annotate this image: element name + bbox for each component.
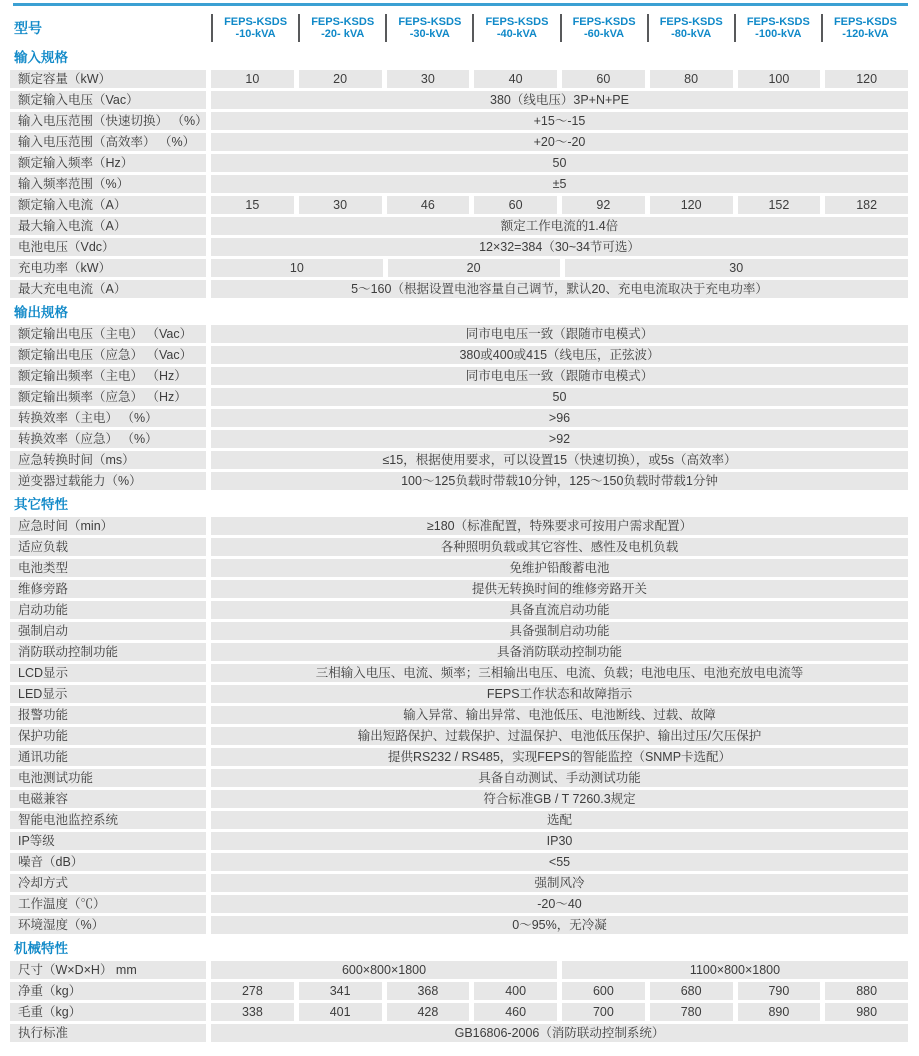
- row-value: 50: [211, 154, 908, 172]
- row-value: 三相输入电压、电流、频率；三相输出电压、电流、负载；电池电压、电池充放电电流等: [211, 664, 908, 682]
- row-value: ≤15，根据使用要求，可以设置15（快速切换），或5s（高效率）: [211, 451, 908, 469]
- spec-row: 输入频率范围（%）±5: [10, 175, 919, 193]
- row-label: 执行标准: [10, 1024, 206, 1042]
- row-label: 电池电压（Vdc）: [10, 238, 206, 256]
- row-values: 符合标准GB / T 7260.3规定: [211, 790, 908, 808]
- row-value-cell: 338: [211, 1003, 294, 1021]
- row-value-cell: 46: [387, 196, 470, 214]
- spec-row: 环境湿度（%）0～95%，无冷凝: [10, 916, 919, 934]
- spec-row: 逆变器过载能力（%）100～125负载时带载10分钟，125～150负载时带载1…: [10, 472, 919, 490]
- row-values: 具备强制启动功能: [211, 622, 908, 640]
- row-value-cell: 428: [387, 1003, 470, 1021]
- row-value: 380或400或415（线电压，正弦波）: [211, 346, 908, 364]
- model-name-line2: -100-kVA: [755, 28, 801, 41]
- row-values: >92: [211, 430, 908, 448]
- row-value: 100～125负载时带载10分钟，125～150负载时带载1分钟: [211, 472, 908, 490]
- spec-row: 电池测试功能具备自动测试、手动测试功能: [10, 769, 919, 787]
- spec-row: 额定输出频率（应急） （Hz）50: [10, 388, 919, 406]
- spec-row: 尺寸（W×D×H） mm600×800×18001100×800×1800: [10, 961, 919, 979]
- row-values: GB16806-2006（消防联动控制系统）: [211, 1024, 908, 1042]
- row-value: 免维护铅酸蓄电池: [211, 559, 908, 577]
- row-value: 符合标准GB / T 7260.3规定: [211, 790, 908, 808]
- row-label: 额定输入电压（Vac）: [10, 91, 206, 109]
- row-value-cell: 401: [299, 1003, 382, 1021]
- spec-row: 电池类型免维护铅酸蓄电池: [10, 559, 919, 577]
- model-name-line1: FEPS-KSDS: [224, 16, 287, 29]
- row-values: 100～125负载时带载10分钟，125～150负载时带载1分钟: [211, 472, 908, 490]
- model-column: FEPS-KSDS-10-kVA: [211, 14, 298, 42]
- row-value: 额定工作电流的1.4倍: [211, 217, 908, 235]
- row-label: 智能电池监控系统: [10, 811, 206, 829]
- row-value-cell: 60: [562, 70, 645, 88]
- row-value-cell: 20: [299, 70, 382, 88]
- model-name-line2: -120-kVA: [842, 28, 888, 41]
- row-value-cell: 780: [650, 1003, 733, 1021]
- model-name-line1: FEPS-KSDS: [311, 16, 374, 29]
- spec-row: 报警功能输入异常、输出异常、电池低压、电池断线、过载、故障: [10, 706, 919, 724]
- model-name-line2: -30-kVA: [410, 28, 450, 41]
- row-label: 应急转换时间（ms）: [10, 451, 206, 469]
- spec-row: LED显示FEPS工作状态和故障指示: [10, 685, 919, 703]
- row-value-cell: 400: [474, 982, 557, 1000]
- model-name-line2: -80-kVA: [671, 28, 711, 41]
- row-value-cell: 460: [474, 1003, 557, 1021]
- row-values: ≥180（标准配置，特殊要求可按用户需求配置）: [211, 517, 908, 535]
- spec-row: 执行标准GB16806-2006（消防联动控制系统）: [10, 1024, 919, 1042]
- spec-row: 适应负载各种照明负载或其它容性、感性及电机负载: [10, 538, 919, 556]
- row-label: 噪音（dB）: [10, 853, 206, 871]
- row-values: 5～160（根据设置电池容量自己调节，默认20、充电电流取决于充电功率）: [211, 280, 908, 298]
- row-label: 电磁兼容: [10, 790, 206, 808]
- row-label: 逆变器过载能力（%）: [10, 472, 206, 490]
- spec-row: 净重（kg）278341368400600680790880: [10, 982, 919, 1000]
- row-value-cell: 368: [387, 982, 470, 1000]
- spec-row: 额定容量（kW）102030406080100120: [10, 70, 919, 88]
- row-value: IP30: [211, 832, 908, 850]
- spec-row: 噪音（dB）<55: [10, 853, 919, 871]
- row-value-cell: 120: [650, 196, 733, 214]
- row-label: 冷却方式: [10, 874, 206, 892]
- row-values: 278341368400600680790880: [211, 982, 908, 1000]
- row-value-cell: 30: [387, 70, 470, 88]
- row-label: 净重（kg）: [10, 982, 206, 1000]
- spec-row: 转换效率（应急） （%）>92: [10, 430, 919, 448]
- model-name-line2: -40-kVA: [497, 28, 537, 41]
- row-value: 同市电电压一致（跟随市电模式）: [211, 325, 908, 343]
- model-name-line1: FEPS-KSDS: [485, 16, 548, 29]
- row-label: 额定输出电压（应急） （Vac）: [10, 346, 206, 364]
- row-values: IP30: [211, 832, 908, 850]
- row-label: LCD显示: [10, 664, 206, 682]
- model-name-line1: FEPS-KSDS: [398, 16, 461, 29]
- spec-row: 保护功能输出短路保护、过载保护、过温保护、电池低压保护、输出过压/欠压保护: [10, 727, 919, 745]
- row-label: 尺寸（W×D×H） mm: [10, 961, 206, 979]
- spec-row: 额定输入频率（Hz）50: [10, 154, 919, 172]
- row-value: 输入异常、输出异常、电池低压、电池断线、过载、故障: [211, 706, 908, 724]
- row-value: <55: [211, 853, 908, 871]
- row-value: >96: [211, 409, 908, 427]
- model-column: FEPS-KSDS-80-kVA: [647, 14, 734, 42]
- row-label: 额定输出频率（应急） （Hz）: [10, 388, 206, 406]
- model-name-line2: -10-kVA: [235, 28, 275, 41]
- row-value: 强制风冷: [211, 874, 908, 892]
- row-values: 额定工作电流的1.4倍: [211, 217, 908, 235]
- row-label: 转换效率（应急） （%）: [10, 430, 206, 448]
- row-label: 额定输入频率（Hz）: [10, 154, 206, 172]
- row-label: 毛重（kg）: [10, 1003, 206, 1021]
- spec-sections: 输入规格额定容量（kW）102030406080100120额定输入电压（Vac…: [10, 50, 919, 1042]
- row-values: ≤15，根据使用要求，可以设置15（快速切换），或5s（高效率）: [211, 451, 908, 469]
- row-values: 12×32=384（30~34节可选）: [211, 238, 908, 256]
- row-label: 环境湿度（%）: [10, 916, 206, 934]
- spec-row: 电磁兼容符合标准GB / T 7260.3规定: [10, 790, 919, 808]
- row-values: 1530466092120152182: [211, 196, 908, 214]
- section-heading: 输出规格: [10, 305, 919, 321]
- model-name-line2: -60-kVA: [584, 28, 624, 41]
- row-value: 各种照明负载或其它容性、感性及电机负载: [211, 538, 908, 556]
- row-value-span: 20: [388, 259, 560, 277]
- row-value-cell: 100: [738, 70, 821, 88]
- spec-row: 智能电池监控系统选配: [10, 811, 919, 829]
- row-values: 具备自动测试、手动测试功能: [211, 769, 908, 787]
- spec-row: 输入电压范围（高效率） （%）+20～-20: [10, 133, 919, 151]
- row-value: 选配: [211, 811, 908, 829]
- row-values: >96: [211, 409, 908, 427]
- row-label: 维修旁路: [10, 580, 206, 598]
- row-value: +15～-15: [211, 112, 908, 130]
- row-values: -20～40: [211, 895, 908, 913]
- row-values: ±5: [211, 175, 908, 193]
- row-value-cell: 60: [474, 196, 557, 214]
- spec-row: 电池电压（Vdc）12×32=384（30~34节可选）: [10, 238, 919, 256]
- row-value-cell: 152: [738, 196, 821, 214]
- row-value-cell: 341: [299, 982, 382, 1000]
- row-values: 0～95%，无冷凝: [211, 916, 908, 934]
- spec-row: 维修旁路提供无转换时间的维修旁路开关: [10, 580, 919, 598]
- row-value: 同市电电压一致（跟随市电模式）: [211, 367, 908, 385]
- row-value-cell: 120: [825, 70, 908, 88]
- row-value: -20～40: [211, 895, 908, 913]
- row-value: GB16806-2006（消防联动控制系统）: [211, 1024, 908, 1042]
- row-value-cell: 680: [650, 982, 733, 1000]
- row-value-cell: 80: [650, 70, 733, 88]
- model-column: FEPS-KSDS-120-kVA: [821, 14, 908, 42]
- row-label: 通讯功能: [10, 748, 206, 766]
- row-label: 额定容量（kW）: [10, 70, 206, 88]
- spec-row: 额定输入电压（Vac）380（线电压）3P+N+PE: [10, 91, 919, 109]
- row-values: 具备直流启动功能: [211, 601, 908, 619]
- spec-row: 充电功率（kW）102030: [10, 259, 919, 277]
- spec-row: 额定输出频率（主电） （Hz）同市电电压一致（跟随市电模式）: [10, 367, 919, 385]
- row-value-span: 10: [211, 259, 383, 277]
- row-value-cell: 980: [825, 1003, 908, 1021]
- row-label: 输入频率范围（%）: [10, 175, 206, 193]
- row-value: ≥180（标准配置，特殊要求可按用户需求配置）: [211, 517, 908, 535]
- row-value: 50: [211, 388, 908, 406]
- spec-row: 额定输入电流（A）1530466092120152182: [10, 196, 919, 214]
- spec-row: 输入电压范围（快速切换） （%）+15～-15: [10, 112, 919, 130]
- row-values: 免维护铅酸蓄电池: [211, 559, 908, 577]
- row-label: 转换效率（主电） （%）: [10, 409, 206, 427]
- row-values: 具备消防联动控制功能: [211, 643, 908, 661]
- row-values: 102030: [211, 259, 908, 277]
- row-value-cell: 700: [562, 1003, 645, 1021]
- row-value-cell: 890: [738, 1003, 821, 1021]
- spec-row: 工作温度（℃）-20～40: [10, 895, 919, 913]
- row-label: 输入电压范围（高效率） （%）: [10, 133, 206, 151]
- row-label: 报警功能: [10, 706, 206, 724]
- spec-row: 额定输出电压（应急） （Vac）380或400或415（线电压，正弦波）: [10, 346, 919, 364]
- model-header-row: 型号 FEPS-KSDS-10-kVAFEPS-KSDS-20- kVAFEPS…: [10, 13, 919, 43]
- row-values: 提供RS232 / RS485，实现FEPS的智能监控（SNMP卡选配）: [211, 748, 908, 766]
- row-value: 提供RS232 / RS485，实现FEPS的智能监控（SNMP卡选配）: [211, 748, 908, 766]
- row-label: 输入电压范围（快速切换） （%）: [10, 112, 206, 130]
- spec-row: 启动功能具备直流启动功能: [10, 601, 919, 619]
- row-label: 应急时间（min）: [10, 517, 206, 535]
- model-header-label: 型号: [10, 18, 206, 38]
- spec-row: IP等级IP30: [10, 832, 919, 850]
- row-label: 最大充电电流（A）: [10, 280, 206, 298]
- spec-row: 消防联动控制功能具备消防联动控制功能: [10, 643, 919, 661]
- row-value: 具备直流启动功能: [211, 601, 908, 619]
- row-value-span: 600×800×1800: [211, 961, 557, 979]
- row-value: FEPS工作状态和故障指示: [211, 685, 908, 703]
- row-values: 102030406080100120: [211, 70, 908, 88]
- row-values: 380（线电压）3P+N+PE: [211, 91, 908, 109]
- spec-row: 最大充电电流（A）5～160（根据设置电池容量自己调节，默认20、充电电流取决于…: [10, 280, 919, 298]
- row-values: 50: [211, 154, 908, 172]
- spec-row: 应急时间（min）≥180（标准配置，特殊要求可按用户需求配置）: [10, 517, 919, 535]
- row-value-cell: 790: [738, 982, 821, 1000]
- model-column: FEPS-KSDS-60-kVA: [560, 14, 647, 42]
- row-values: +15～-15: [211, 112, 908, 130]
- row-value: 具备自动测试、手动测试功能: [211, 769, 908, 787]
- row-values: 各种照明负载或其它容性、感性及电机负载: [211, 538, 908, 556]
- row-value-span: 1100×800×1800: [562, 961, 908, 979]
- model-name-line2: -20- kVA: [321, 28, 364, 41]
- model-column: FEPS-KSDS-100-kVA: [734, 14, 821, 42]
- row-label: 充电功率（kW）: [10, 259, 206, 277]
- spec-sheet: 型号 FEPS-KSDS-10-kVAFEPS-KSDS-20- kVAFEPS…: [0, 3, 919, 1056]
- row-value: 具备消防联动控制功能: [211, 643, 908, 661]
- row-value-cell: 182: [825, 196, 908, 214]
- row-value: 0～95%，无冷凝: [211, 916, 908, 934]
- section-heading: 输入规格: [10, 50, 919, 66]
- row-values: 同市电电压一致（跟随市电模式）: [211, 325, 908, 343]
- row-value: 12×32=384（30~34节可选）: [211, 238, 908, 256]
- row-label: 适应负载: [10, 538, 206, 556]
- row-value-cell: 30: [299, 196, 382, 214]
- row-value-cell: 10: [211, 70, 294, 88]
- row-value: ±5: [211, 175, 908, 193]
- model-name-line1: FEPS-KSDS: [747, 16, 810, 29]
- row-label: 最大输入电流（A）: [10, 217, 206, 235]
- spec-row: 毛重（kg）338401428460700780890980: [10, 1003, 919, 1021]
- row-label: 额定输出电压（主电） （Vac）: [10, 325, 206, 343]
- row-label: 消防联动控制功能: [10, 643, 206, 661]
- spec-row: 转换效率（主电） （%）>96: [10, 409, 919, 427]
- row-values: <55: [211, 853, 908, 871]
- row-label: LED显示: [10, 685, 206, 703]
- row-value: 输出短路保护、过载保护、过温保护、电池低压保护、输出过压/欠压保护: [211, 727, 908, 745]
- row-values: 同市电电压一致（跟随市电模式）: [211, 367, 908, 385]
- row-values: 提供无转换时间的维修旁路开关: [211, 580, 908, 598]
- spec-row: 最大输入电流（A）额定工作电流的1.4倍: [10, 217, 919, 235]
- row-values: 50: [211, 388, 908, 406]
- row-values: 输出短路保护、过载保护、过温保护、电池低压保护、输出过压/欠压保护: [211, 727, 908, 745]
- row-label: 额定输入电流（A）: [10, 196, 206, 214]
- model-column: FEPS-KSDS-30-kVA: [385, 14, 472, 42]
- row-label: 启动功能: [10, 601, 206, 619]
- model-name-line1: FEPS-KSDS: [660, 16, 723, 29]
- row-label: 强制启动: [10, 622, 206, 640]
- row-label: 电池测试功能: [10, 769, 206, 787]
- row-value-cell: 600: [562, 982, 645, 1000]
- spec-row: 冷却方式强制风冷: [10, 874, 919, 892]
- spec-row: 额定输出电压（主电） （Vac）同市电电压一致（跟随市电模式）: [10, 325, 919, 343]
- section-heading: 机械特性: [10, 941, 919, 957]
- model-column: FEPS-KSDS-20- kVA: [298, 14, 385, 42]
- row-value-cell: 278: [211, 982, 294, 1000]
- row-value-cell: 880: [825, 982, 908, 1000]
- row-values: +20～-20: [211, 133, 908, 151]
- model-column: FEPS-KSDS-40-kVA: [472, 14, 559, 42]
- row-value-cell: 40: [474, 70, 557, 88]
- model-name-line1: FEPS-KSDS: [573, 16, 636, 29]
- spec-row: 应急转换时间（ms）≤15，根据使用要求，可以设置15（快速切换），或5s（高效…: [10, 451, 919, 469]
- section-heading: 其它特性: [10, 497, 919, 513]
- top-accent-bar: [13, 3, 908, 6]
- row-values: 338401428460700780890980: [211, 1003, 908, 1021]
- model-columns: FEPS-KSDS-10-kVAFEPS-KSDS-20- kVAFEPS-KS…: [211, 14, 908, 42]
- row-value: 具备强制启动功能: [211, 622, 908, 640]
- row-value-cell: 15: [211, 196, 294, 214]
- row-values: 三相输入电压、电流、频率；三相输出电压、电流、负载；电池电压、电池充放电电流等: [211, 664, 908, 682]
- row-values: 强制风冷: [211, 874, 908, 892]
- row-label: 保护功能: [10, 727, 206, 745]
- row-values: 选配: [211, 811, 908, 829]
- row-label: 电池类型: [10, 559, 206, 577]
- row-label: 工作温度（℃）: [10, 895, 206, 913]
- row-value: 5～160（根据设置电池容量自己调节，默认20、充电电流取决于充电功率）: [211, 280, 908, 298]
- row-values: 380或400或415（线电压，正弦波）: [211, 346, 908, 364]
- row-value: >92: [211, 430, 908, 448]
- row-value: +20～-20: [211, 133, 908, 151]
- row-values: FEPS工作状态和故障指示: [211, 685, 908, 703]
- spec-row: 强制启动具备强制启动功能: [10, 622, 919, 640]
- model-name-line1: FEPS-KSDS: [834, 16, 897, 29]
- row-values: 输入异常、输出异常、电池低压、电池断线、过载、故障: [211, 706, 908, 724]
- row-label: 额定输出频率（主电） （Hz）: [10, 367, 206, 385]
- spec-row: 通讯功能提供RS232 / RS485，实现FEPS的智能监控（SNMP卡选配）: [10, 748, 919, 766]
- row-value: 380（线电压）3P+N+PE: [211, 91, 908, 109]
- row-label: IP等级: [10, 832, 206, 850]
- row-value: 提供无转换时间的维修旁路开关: [211, 580, 908, 598]
- row-value-cell: 92: [562, 196, 645, 214]
- row-values: 600×800×18001100×800×1800: [211, 961, 908, 979]
- row-value-span: 30: [565, 259, 909, 277]
- spec-row: LCD显示三相输入电压、电流、频率；三相输出电压、电流、负载；电池电压、电池充放…: [10, 664, 919, 682]
